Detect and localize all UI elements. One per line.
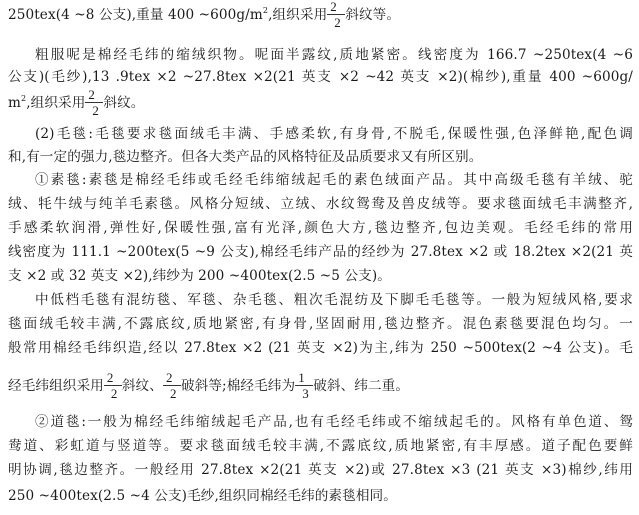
text-span: 250tex(4 ~8 公支),重量 400 ~600g/m — [8, 7, 263, 23]
text-span: 斜纹等。 — [345, 7, 400, 23]
paragraph-line: 绒、牦牛绒与纯羊毛素毯。风格分短绒、立绒、水纹鸳鸯及兽皮绒等。要求毯面绒毛丰满整… — [8, 194, 633, 214]
fraction: 22 — [85, 93, 103, 113]
text-line: 250tex(4 ~8 公支),重量 400 ~600g/m2,组织采用22斜纹… — [8, 5, 633, 25]
fraction: 22 — [327, 5, 345, 25]
paragraph-line: 鸯道、彩虹道与竖道等。要求毯面绒毛较丰满,不露底纹,质地紧密,有丰厚感。道子配色… — [8, 436, 633, 456]
text-span: m — [8, 95, 21, 111]
paragraph-line: 公支)(毛纱),13 .9tex ×2 ~27.8tex ×2(21 英支 ×2… — [8, 67, 633, 87]
text-span: ,组织采用 — [26, 95, 85, 111]
paragraph-line: 线密度为 111.1 ~200tex(5 ~9 公支),棉经毛纬产品的经纱为 2… — [8, 242, 633, 262]
paragraph-line: 250 ~400tex(2.5 ~4 公支)毛纱,组织同棉经毛纬的素毯相同。 — [8, 486, 633, 506]
text-span: 破斜、纬二重。 — [313, 378, 409, 394]
paragraph-line: 毯面绒毛较丰满,不露底纹,质地紧密,有身骨,坚固耐用,毯边整齐。混色素毯要混色均… — [8, 314, 633, 334]
text-line: 经毛纬组织采用22斜纹、22破斜等;棉经毛纬为13破斜、纬二重。 — [8, 376, 633, 396]
text-span: 斜纹。 — [103, 95, 144, 111]
fraction-denominator: 2 — [111, 384, 118, 404]
fraction: 13 — [295, 376, 313, 396]
paragraph-line: ②道毯:一般为棉经毛纬缩绒起毛产品,也有毛经毛纬或不缩绒起毛的。风格有单色道、鸳 — [8, 412, 633, 432]
paragraph-line: 般常用棉经毛纬织造,经以 27.8tex ×2 (21 英支 ×2)为主,纬为 … — [8, 338, 633, 358]
text-span: 破斜等;棉经毛纬为 — [181, 378, 295, 394]
paragraph-line: (2)毛毯:毛毯要求毯面绒毛丰满、手感柔软,有身骨,不脱毛,保暖性强,色泽鲜艳,… — [8, 124, 633, 144]
text-span: 经毛纬组织采用 — [8, 378, 104, 394]
text-span: 斜纹、 — [122, 378, 163, 394]
paragraph-line: 手感柔软润滑,弹性好,保暖性强,富有光泽,颜色大方,毯边整齐,包边美观。毛经毛纬… — [8, 218, 633, 238]
fraction-denominator: 2 — [170, 384, 177, 404]
fraction: 22 — [163, 376, 181, 396]
paragraph-line: ①素毯:素毯是棉经毛纬或毛经毛纬缩绒起毛的素色绒面产品。其中高级毛毯有羊绒、驼 — [8, 170, 633, 190]
paragraph-line: 明协调,毯边整齐。一般经用 27.8tex ×2(21 英支 ×2)或 27.8… — [8, 460, 633, 480]
paragraph-line: 支 ×2 或 32 英支 ×2),纬纱为 200 ~400tex(2.5 ~5 … — [8, 266, 633, 286]
paragraph-line: 和,有一定的强力,毯边整齐。但各大类产品的风格特征及品质要求又有所区别。 — [8, 147, 633, 167]
text-line: m2,组织采用22斜纹。 — [8, 93, 633, 113]
paragraph-line: 中低档毛毯有混纺毯、军毯、杂毛毯、粗次毛混纺及下脚毛毛毯等。一般为短绒风格,要求 — [8, 290, 633, 310]
fraction-denominator: 2 — [92, 101, 99, 121]
fraction: 22 — [104, 376, 122, 396]
paragraph-line: 粗服呢是棉经毛纬的缩绒织物。呢面半露纹,质地紧密。线密度为 166.7 ~250… — [8, 45, 633, 65]
text-span: ,组织采用 — [268, 7, 327, 23]
fraction-denominator: 3 — [302, 384, 309, 404]
document-page: 250tex(4 ~8 公支),重量 400 ~600g/m2,组织采用22斜纹… — [0, 0, 639, 515]
fraction-denominator: 2 — [334, 13, 341, 33]
